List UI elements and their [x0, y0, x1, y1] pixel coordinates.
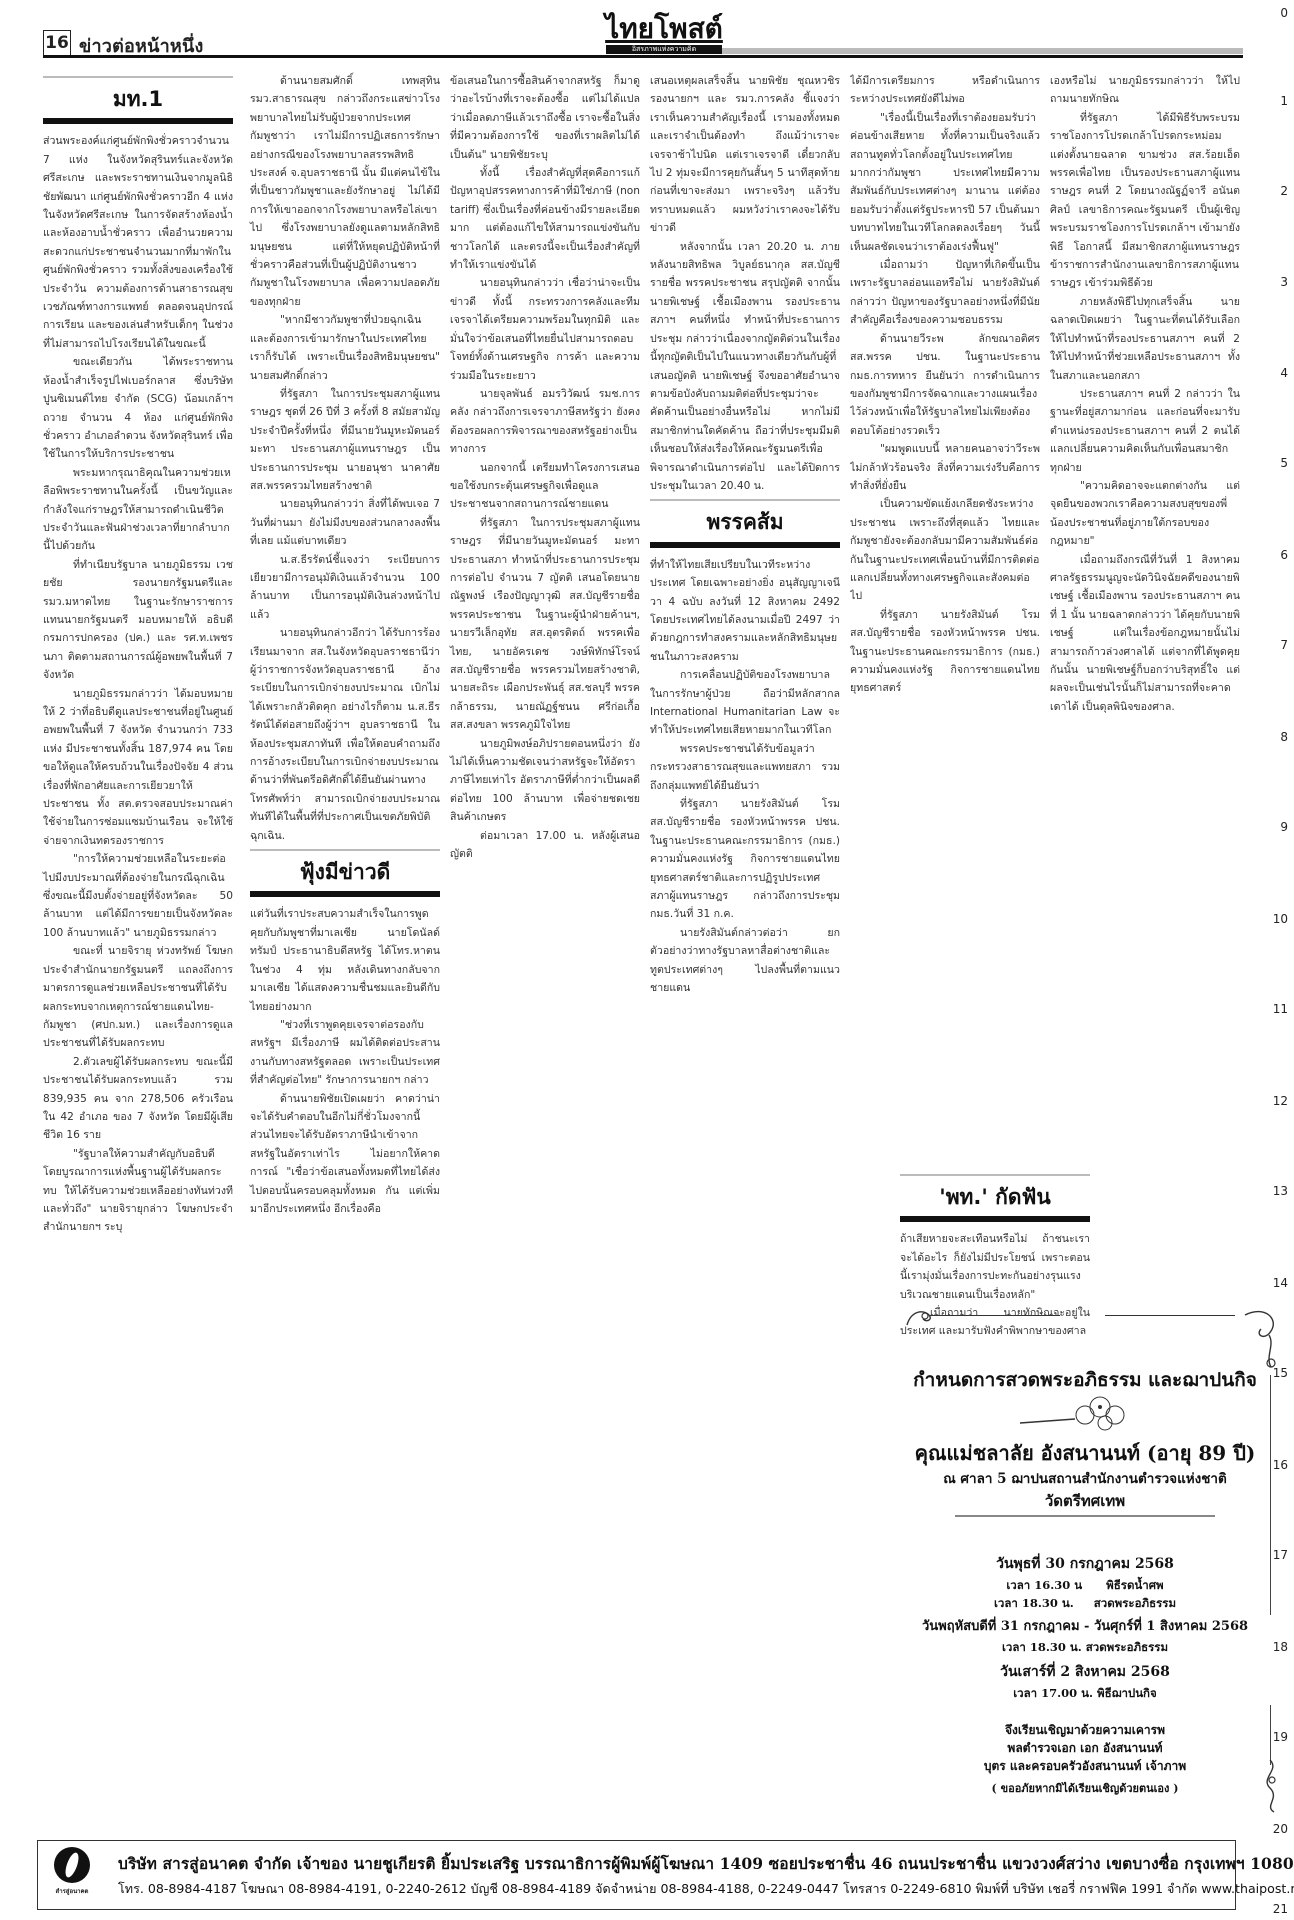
- schedule-day: วันพุธที่ 30 กรกฎาคม 2568: [905, 1553, 1265, 1575]
- ornament-line: [930, 1315, 1060, 1316]
- column-heading: มท.1: [43, 78, 233, 118]
- paragraph: นายภูมิธรรมกล่าวว่า ได้มอบหมายให้ 2 ว่าท…: [43, 685, 233, 851]
- paragraph: ที่รัฐสภา ได้มีพิธีรับพระบรมราชโองการโปร…: [1050, 109, 1240, 293]
- ruler-mark: 10: [1273, 912, 1288, 926]
- ruler-mark: 4: [1280, 366, 1288, 380]
- paragraph: นายภูมิพงษ์อภิปรายตอนหนึ่งว่า ยังไม่ได้เ…: [450, 735, 640, 827]
- paragraph: ได้มีการเตรียมการ หรือดำเนินการระหว่างปร…: [850, 72, 1040, 109]
- ruler-mark: 14: [1273, 1276, 1288, 1290]
- paragraph: "รัฐบาลให้ความสำคัญกับอธิบดีโดยบูรณาการแ…: [43, 1145, 233, 1237]
- ruler-mark: 16: [1273, 1458, 1288, 1472]
- schedule-day: วันเสาร์ที่ 2 สิงหาคม 2568: [905, 1661, 1265, 1683]
- paragraph: นายอนุทินกล่าวว่า เชื่อว่าน่าจะเป็นข่าวด…: [450, 274, 640, 384]
- divider-thick: [250, 891, 440, 897]
- paragraph: ที่รัฐสภา นายรังสิมันต์ โรม สส.บัญชีรายช…: [850, 606, 1040, 698]
- flower-branch-icon: [1020, 1393, 1140, 1433]
- contact-info: โทร. 08-8984-4187 โฆษณา 08-8984-4191, 0-…: [118, 1879, 1294, 1899]
- ruler-mark: 12: [1273, 1094, 1288, 1108]
- apology-text: ( ขออภัยหากมิได้เรียนเชิญด้วยตนเอง ): [905, 1779, 1265, 1797]
- column-1: มท.1 ส่วนพระองค์แก่ศูนย์พักพิงชั่วคราวจำ…: [43, 72, 233, 1237]
- invitation-text: จึงเรียนเชิญมาด้วยความเคารพ: [905, 1721, 1265, 1740]
- page-number: 16: [43, 30, 71, 56]
- deceased-name: คุณแม่ชลาลัย อังสนานนท์ (อายุ 89 ปี): [905, 1437, 1265, 1469]
- divider-thick: [650, 542, 840, 548]
- page-header: 16 ข่าวต่อหน้าหนึ่ง ไทยโพสต์ อิสรภาพแห่ง…: [43, 14, 1243, 56]
- venue: ณ ศาลา 5 ฌาปนสถานสำนักงานตำรวจแห่งชาติ: [905, 1467, 1265, 1489]
- paragraph: นอกจากนี้ เตรียมทำโครงการเสนอขอใช้งบกระต…: [450, 459, 640, 514]
- temple: วัดตรีทศเทพ: [905, 1489, 1265, 1513]
- paragraph: "เรื่องนี้เป็นเรื่องที่เราต้องยอมรับว่าค…: [850, 109, 1040, 256]
- ruler-mark: 6: [1280, 548, 1288, 562]
- column-2: ด้านนายสมศักดิ์ เทพสุทิน รมว.สาธารณสุข ก…: [250, 72, 440, 1218]
- paragraph: เมื่อถามว่า ปัญหาที่เกิดขึ้นเป็นเพราะรัฐ…: [850, 256, 1040, 330]
- paragraph: นายอนุทินกล่าวอีกว่า ได้รับการร้องเรียนม…: [250, 624, 440, 845]
- schedule-day: วันพฤหัสบดีที่ 31 กรกฎาคม - วันศุกร์ที่ …: [885, 1615, 1285, 1636]
- paragraph: เมื่อถามถึงกรณีที่วันที่ 1 สิงหาคม ศาลรั…: [1050, 551, 1240, 717]
- column-6: เองหรือไม่ นายภูมิธรรมกล่าวว่า ให้ไปถามน…: [1050, 72, 1240, 1302]
- ruler-mark: 1: [1280, 94, 1288, 108]
- paragraph: ด้านนายสมศักดิ์ เทพสุทิน รมว.สาธารณสุข ก…: [250, 72, 440, 311]
- ruler-mark: 19: [1273, 1730, 1288, 1744]
- ruler-mark: 18: [1273, 1640, 1288, 1654]
- paragraph: ต่อมาเวลา 17.00 น. หลังผู้เสนอญัตติ: [450, 827, 640, 864]
- schedule-item: เวลา 17.00 น. พิธีฌาปนกิจ: [905, 1685, 1265, 1703]
- paragraph: ส่วนพระองค์แก่ศูนย์พักพิงชั่วคราวจำนวน 7…: [43, 132, 233, 353]
- schedule-item: เวลา 18.30 น. สวดพระอภิธรรม: [905, 1639, 1265, 1657]
- paragraph: เสนอเหตุผลเสร็จสิ้น นายพิชัย ชุณหวชิร รอ…: [650, 72, 840, 238]
- ruler-mark: 20: [1273, 1822, 1288, 1836]
- paragraph: ที่รัฐสภา ในการประชุมสภาผู้แทนราษฎร ชุดท…: [250, 385, 440, 495]
- publisher-footer: สำรสู่อนาคต บริษัท สารสู่อนาคต จำกัด เจ้…: [37, 1840, 1236, 1910]
- masthead-title: ไทยโพสต์: [600, 14, 728, 44]
- paragraph: นายจุลพันธ์ อมรวิวัฒน์ รมช.การคลัง กล่าว…: [450, 385, 640, 459]
- scroll-ornament-icon: [905, 1305, 945, 1329]
- schedule-item: เวลา 16.30 น พิธีรดน้ำศพ: [905, 1577, 1265, 1595]
- paragraph: "ความคิดอาจจะแตกต่างกัน แต่จุดยืนของพวกเ…: [1050, 477, 1240, 551]
- column-subheading: พรรคส้ม: [650, 501, 840, 541]
- ruler-mark: 21: [1273, 1902, 1288, 1916]
- paragraph: เป็นความขัดแย้งเกลียดชังระหว่างประชาชน เ…: [850, 495, 1040, 605]
- ruler-mark: 17: [1273, 1548, 1288, 1562]
- column-subheading: ฟุ้งมีข่าวดี: [250, 851, 440, 891]
- paragraph: ขณะที่ นายจิรายุ ห่วงทรัพย์ โฆษกประจำสำน…: [43, 942, 233, 1052]
- paragraph: หลังจากนั้น เวลา 20.20 น. ภายหลังนายสิทธ…: [650, 238, 840, 496]
- divider-thick: [43, 118, 233, 124]
- host-name: พลตำรวจเอก เอก อังสนานนท์: [905, 1739, 1265, 1758]
- ruler-mark: 2: [1280, 184, 1288, 198]
- ruler-mark: 9: [1280, 820, 1288, 834]
- paragraph: ขณะเดียวกัน ได้พระราชทานห้องน้ำสำเร็จรูป…: [43, 353, 233, 463]
- paragraph: ที่ทำให้ไทยเสียเปรียบในเวทีระหว่างประเทศ…: [650, 556, 840, 666]
- paragraph: การเคลื่อนปฏิบัติของโรงพยาบาลในการรักษาผ…: [650, 666, 840, 740]
- masthead-subtitle: อิสรภาพแห่งความคิด: [606, 45, 722, 54]
- paragraph: ประธานสภาฯ คนที่ 2 กล่าวว่า ในฐานะที่อยู…: [1050, 385, 1240, 477]
- ruler-mark: 13: [1273, 1184, 1288, 1198]
- ruler-mark: 11: [1273, 1002, 1288, 1016]
- column-3: ข้อเสนอในการซื้อสินค้าจากสหรัฐ ก็มาดูว่า…: [450, 72, 640, 863]
- logo-text: สำรสู่อนาคต: [50, 1886, 94, 1896]
- paragraph: "หากมีชาวกัมพูชาที่ป่วยฉุกเฉินและต้องการ…: [250, 311, 440, 385]
- ruler-mark: 8: [1280, 730, 1288, 744]
- schedule-item: เวลา 18.30 น. สวดพระอภิธรรม: [905, 1595, 1265, 1613]
- obituary-notice: กำหนดการสวดพระอภิธรรม และฌาปนกิจ คุณแม่ช…: [905, 1305, 1285, 1815]
- paragraph: "ช่วงที่เราพูดคุยเจรจาต่อรองกับสหรัฐฯ มี…: [250, 1016, 440, 1090]
- paragraph: นายอนุทินกล่าวว่า สิ่งที่ได้พบเจอ 7 วันท…: [250, 495, 440, 550]
- paragraph: "ผมพูดแบบนี้ หลายคนอาจว่าวีระพ ไม่กล้าหั…: [850, 440, 1040, 495]
- paragraph: "การให้ความช่วยเหลือในระยะต่อไปมีงบประมา…: [43, 850, 233, 942]
- obituary-title: กำหนดการสวดพระอภิธรรม และฌาปนกิจ: [905, 1365, 1265, 1395]
- ruler-mark: 15: [1273, 1366, 1288, 1380]
- paragraph: น.ส.ธีรรัตน์ชี้แจงว่า ระเบียบการเยียวยาม…: [250, 551, 440, 625]
- paragraph: ที่รัฐสภา ในการประชุมสภาผู้แทนราษฎร ที่ม…: [450, 514, 640, 735]
- paragraph: นายรังสิมันต์กล่าวต่อว่า ยกตัวอย่างว่าทา…: [650, 924, 840, 998]
- paragraph: พรรคประชาชนได้รับข้อมูลว่ากระทรวงสาธารณส…: [650, 740, 840, 795]
- paragraph: ที่รัฐสภา นายรังสิมันต์ โรม สส.บัญชีรายช…: [650, 795, 840, 924]
- paragraph: แต่วันที่เราประสบความสำเร็จในการพูดคุยกั…: [250, 905, 440, 1015]
- paragraph: ข้อเสนอในการซื้อสินค้าจากสหรัฐ ก็มาดูว่า…: [450, 72, 640, 164]
- paragraph: พระมหากรุณาธิคุณในความช่วยเหลือพิพระราชท…: [43, 464, 233, 556]
- paragraph: ด้านนายพิชัยเปิดเผยว่า คาดว่าน่าจะได้รับ…: [250, 1090, 440, 1219]
- logo-emblem-icon: [54, 1847, 90, 1883]
- paragraph: ด้านนายวีระพ ลักขณาอติศร สส.พรรค ปชน. ใน…: [850, 330, 1040, 440]
- paragraph: เองหรือไม่ นายภูมิธรรมกล่าวว่า ให้ไปถามน…: [1050, 72, 1240, 109]
- paragraph: ภายหลังพิธีไปทุกเสร็จสิ้น นายฉลาดเปิดเผย…: [1050, 293, 1240, 385]
- paragraph: 2.ตัวเลขผู้ได้รับผลกระทบ ขณะนี้มีประชาชน…: [43, 1053, 233, 1145]
- column-5: ได้มีการเตรียมการ หรือดำเนินการระหว่างปร…: [850, 72, 1040, 1217]
- paragraph: ที่ทำเนียบรัฐบาล นายภูมิธรรม เวชยชัย รอง…: [43, 556, 233, 685]
- column-4: เสนอเหตุผลเสร็จสิ้น นายพิชัย ชุณหวชิร รอ…: [650, 72, 840, 998]
- ruler-mark: 5: [1280, 456, 1288, 470]
- ruler-mark: 7: [1280, 638, 1288, 652]
- masthead-logo: ไทยโพสต์ อิสรภาพแห่งความคิด: [600, 14, 728, 58]
- ornament-line: [1105, 1315, 1235, 1316]
- publisher-info: บริษัท สารสู่อนาคต จำกัด เจ้าของ นายชูเก…: [118, 1851, 1294, 1876]
- publisher-logo: สำรสู่อนาคต: [50, 1847, 94, 1903]
- paragraph: ทั้งนี้ เรื่องสำคัญที่สุดคือการแก้ปัญหาอ…: [450, 164, 640, 274]
- page-ruler: 0 1 2 3 4 5 6 7 8 9 10 11 12 13 14 15 16…: [1262, 0, 1292, 1920]
- ruler-mark: 3: [1280, 275, 1288, 289]
- ruler-mark: 0: [1280, 6, 1288, 20]
- ornament-divider: [955, 1515, 1215, 1517]
- host-family: บุตร และครอบครัวอังสนานนท์ เจ้าภาพ: [905, 1757, 1265, 1776]
